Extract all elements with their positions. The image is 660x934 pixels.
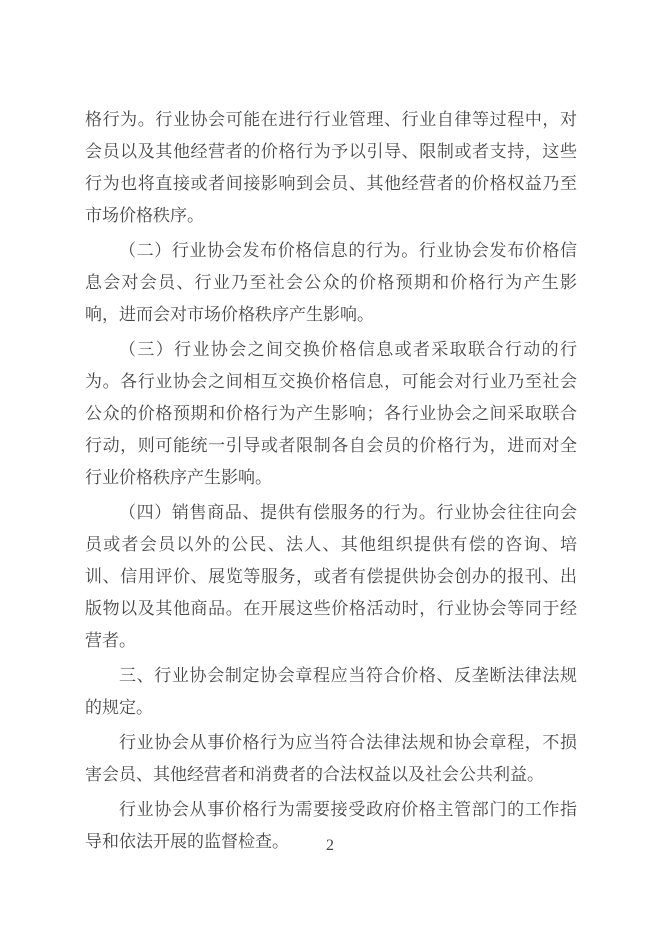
paragraph-item-3: （三）行业协会之间交换价格信息或者采取联合行动的行为。各行业协会之间相互交换价格… <box>85 334 577 494</box>
document-page: 格行为。行业协会可能在进行行业管理、行业自律等过程中，对会员以及其他经营者的价格… <box>0 0 660 934</box>
paragraph-item-4: （四）销售商品、提供有偿服务的行为。行业协会往往向会员或者会员以外的公民、法人、… <box>85 497 577 657</box>
paragraph-section-3: 三、行业协会制定协会章程应当符合价格、反垄断法律法规的规定。 <box>85 660 577 724</box>
page-number: 2 <box>0 834 660 858</box>
document-body: 格行为。行业协会可能在进行行业管理、行业自律等过程中，对会员以及其他经营者的价格… <box>85 104 577 861</box>
paragraph-item-2: （二）行业协会发布价格信息的行为。行业协会发布价格信息会对会员、行业乃至社会公众… <box>85 235 577 331</box>
paragraph-obligations: 行业协会从事价格行为应当符合法律法规和协会章程，不损害会员、其他经营者和消费者的… <box>85 727 577 791</box>
paragraph-continuation: 格行为。行业协会可能在进行行业管理、行业自律等过程中，对会员以及其他经营者的价格… <box>85 104 577 232</box>
